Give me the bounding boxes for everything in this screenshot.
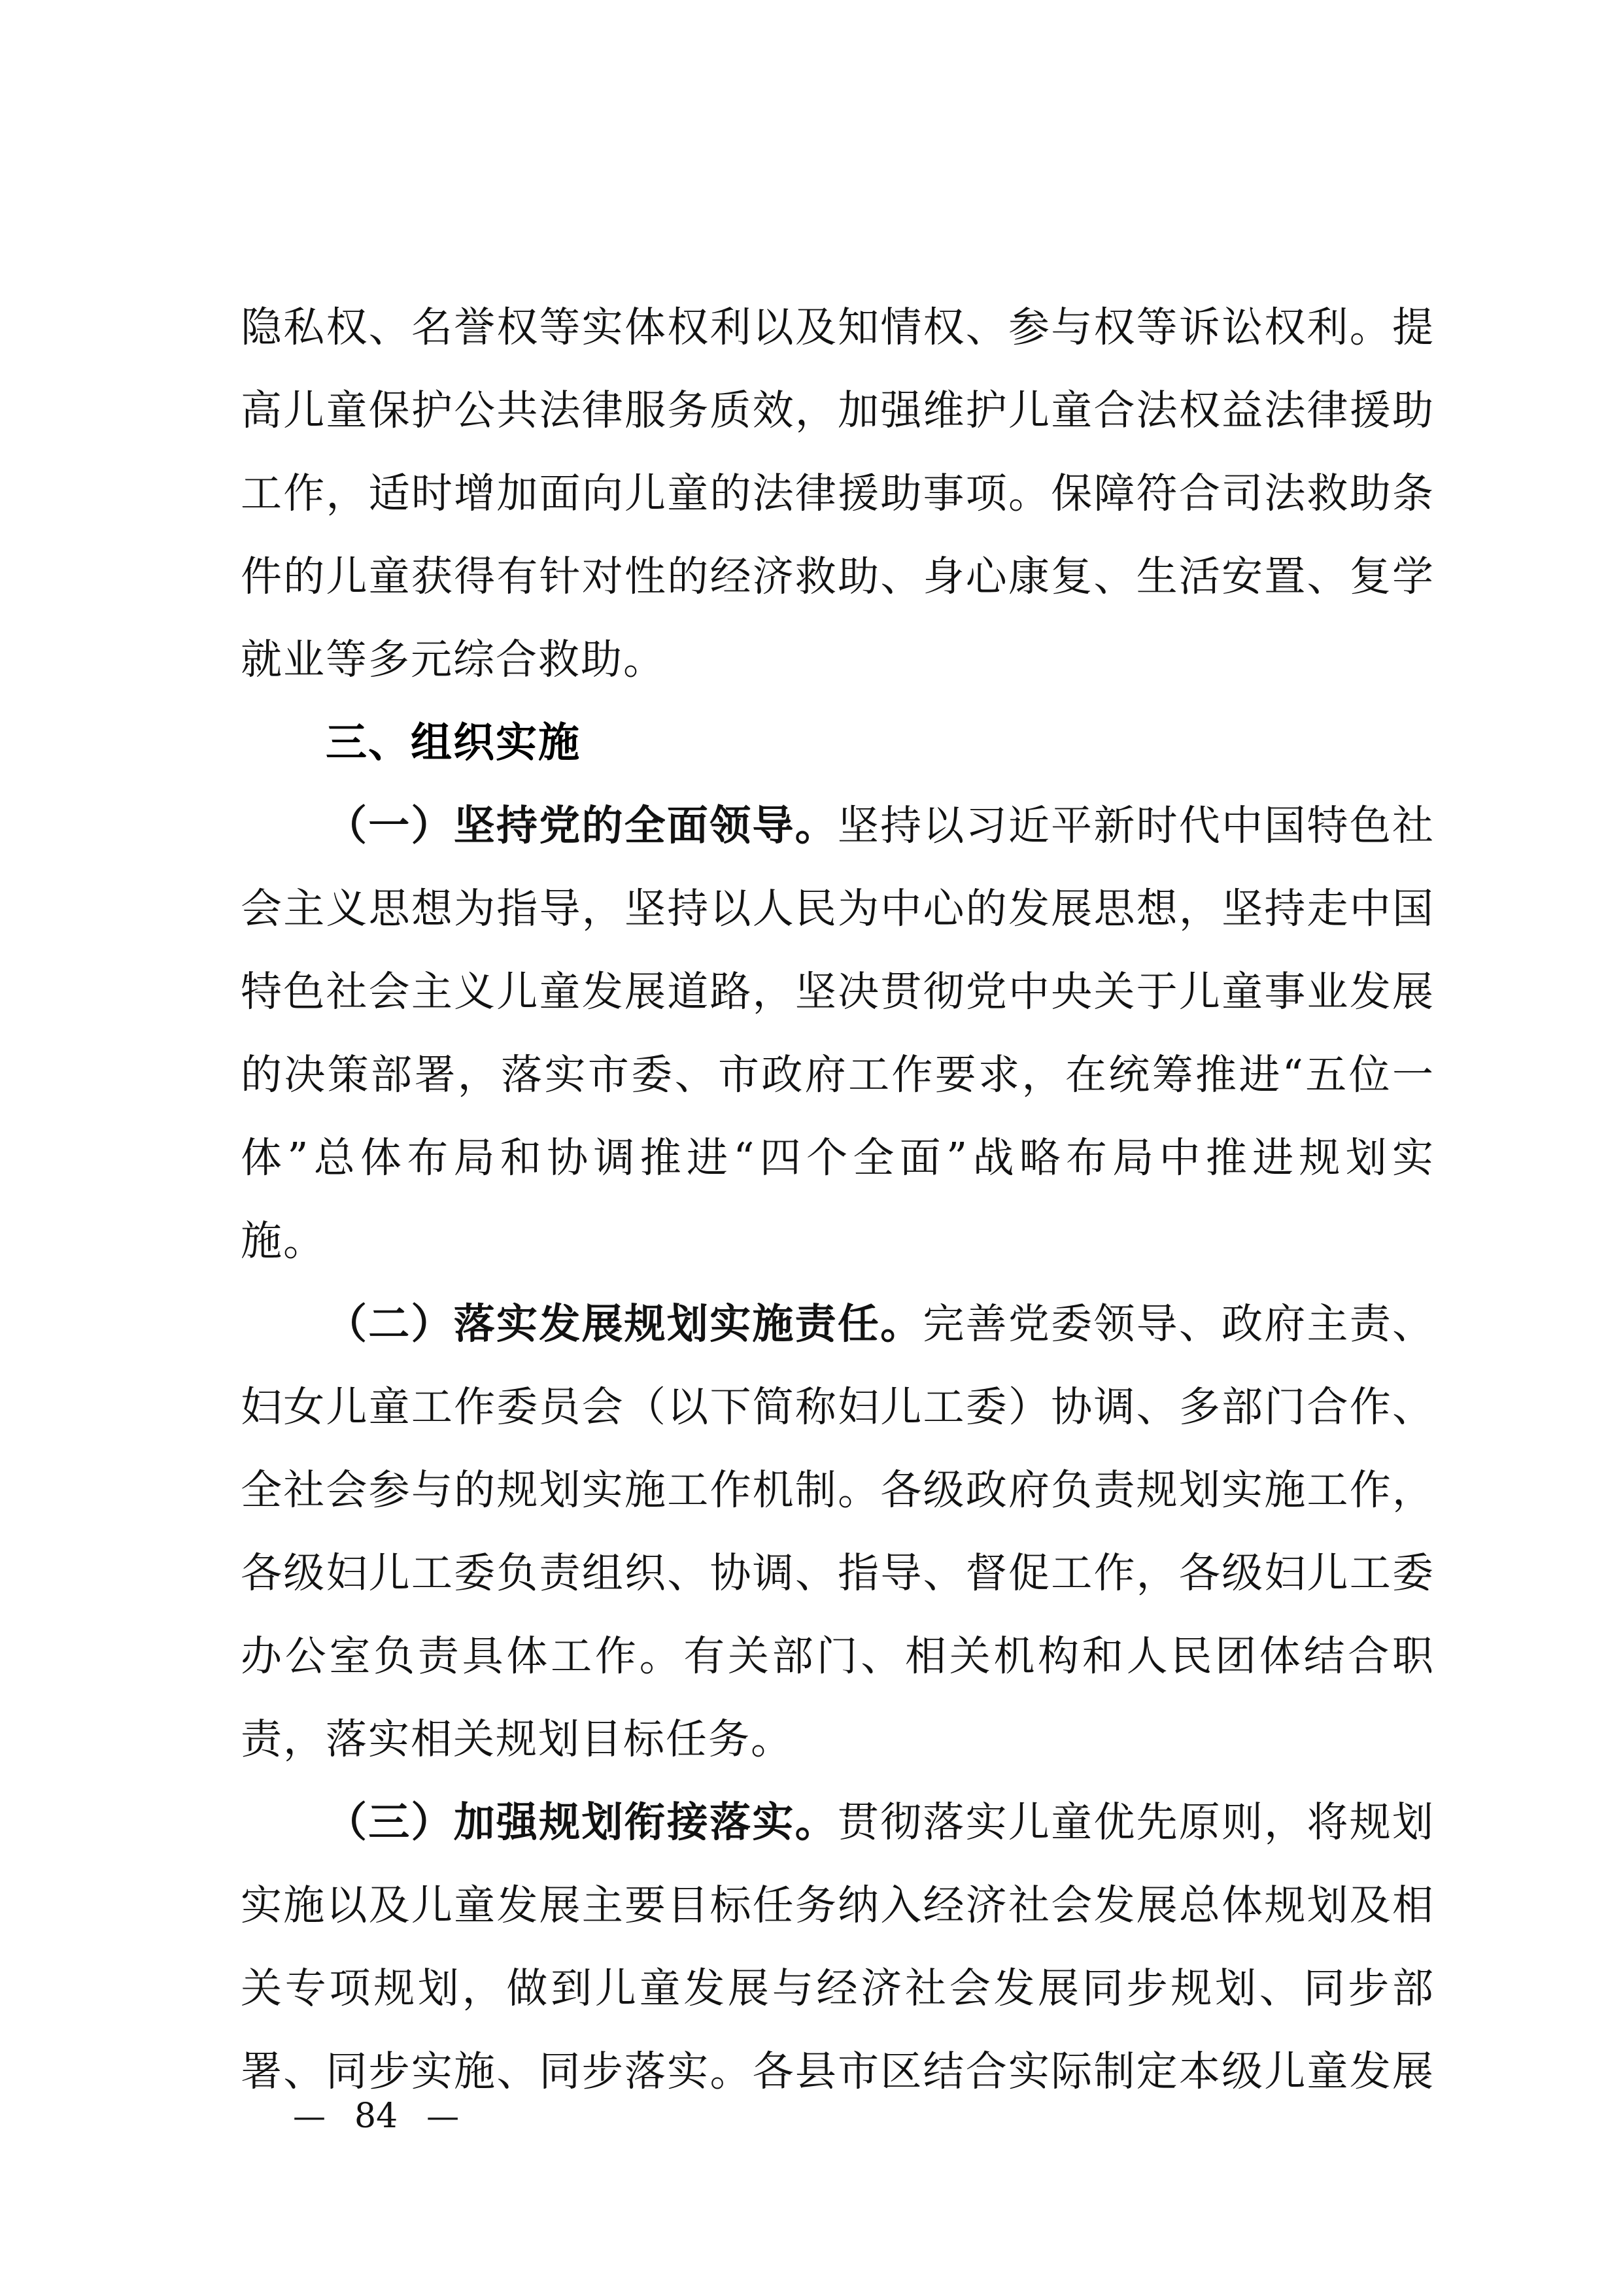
paragraph-line: 施。 [241,1199,1435,1282]
footer-dash-left: — [293,2097,326,2135]
paragraph-line: 体”总体布局和协调推进“四个全面”战略布局中推进规划实 [241,1116,1435,1199]
paragraph-line: 全社会参与的规划实施工作机制。各级政府负责规划实施工作， [241,1448,1435,1532]
paragraph-line: 妇女儿童工作委员会（以下简称妇儿工委）协调、多部门合作、 [241,1365,1435,1448]
paragraph-line: 会主义思想为指导，坚持以人民为中心的发展思想，坚持走中国 [241,867,1435,950]
document-body: 隐私权、名誉权等实体权利以及知情权、参与权等诉讼权利。提 高儿童保护公共法律服务… [241,286,1435,2113]
paragraph-line: 特色社会主义儿童发展道路，坚决贯彻党中央关于儿童事业发展 [241,950,1435,1033]
paragraph-text: 贯彻落实儿童优先原则，将规划 [838,1798,1435,1846]
paragraph-text: 坚持以习近平新时代中国特色社 [838,802,1435,849]
paragraph-lead: （二）落实发展规划实施责任。 [326,1299,923,1348]
paragraph-line: 各级妇儿工委负责组织、协调、指导、督促工作，各级妇儿工委 [241,1532,1435,1615]
paragraph-line: （一）坚持党的全面领导。坚持以习近平新时代中国特色社 [241,784,1435,867]
paragraph-lead: （一）坚持党的全面领导。 [326,801,838,849]
paragraph-text: 完善党委领导、政府主责、 [923,1300,1435,1348]
section-heading: 三、组织实施 [241,701,1435,784]
page-number: 84 [354,2097,398,2136]
paragraph-line: 就业等多元综合救助。 [241,618,1435,701]
paragraph-line: 办公室负责具体工作。有关部门、相关机构和人民团体结合职 [241,1615,1435,1698]
paragraph-line: 的决策部署，落实市委、市政府工作要求，在统筹推进“五位一 [241,1033,1435,1116]
footer-dash-right: — [426,2097,459,2135]
paragraph-line: 件的儿童获得有针对性的经济救助、身心康复、生活安置、复学 [241,535,1435,618]
paragraph-line: （二）落实发展规划实施责任。完善党委领导、政府主责、 [241,1282,1435,1365]
paragraph-line: （三）加强规划衔接落实。贯彻落实儿童优先原则，将规划 [241,1781,1435,1864]
paragraph-line: 工作，适时增加面向儿童的法律援助事项。保障符合司法救助条 [241,452,1435,535]
paragraph-line: 关专项规划，做到儿童发展与经济社会发展同步规划、同步部 [241,1947,1435,2030]
paragraph-lead: （三）加强规划衔接落实。 [326,1798,838,1846]
page-footer: — 84 — [293,2097,459,2136]
paragraph-line: 责，落实相关规划目标任务。 [241,1698,1435,1781]
paragraph-line: 隐私权、名誉权等实体权利以及知情权、参与权等诉讼权利。提 [241,286,1435,369]
paragraph-line: 高儿童保护公共法律服务质效，加强维护儿童合法权益法律援助 [241,369,1435,452]
document-page: 隐私权、名誉权等实体权利以及知情权、参与权等诉讼权利。提 高儿童保护公共法律服务… [0,0,1623,2296]
paragraph-line: 实施以及儿童发展主要目标任务纳入经济社会发展总体规划及相 [241,1864,1435,1947]
